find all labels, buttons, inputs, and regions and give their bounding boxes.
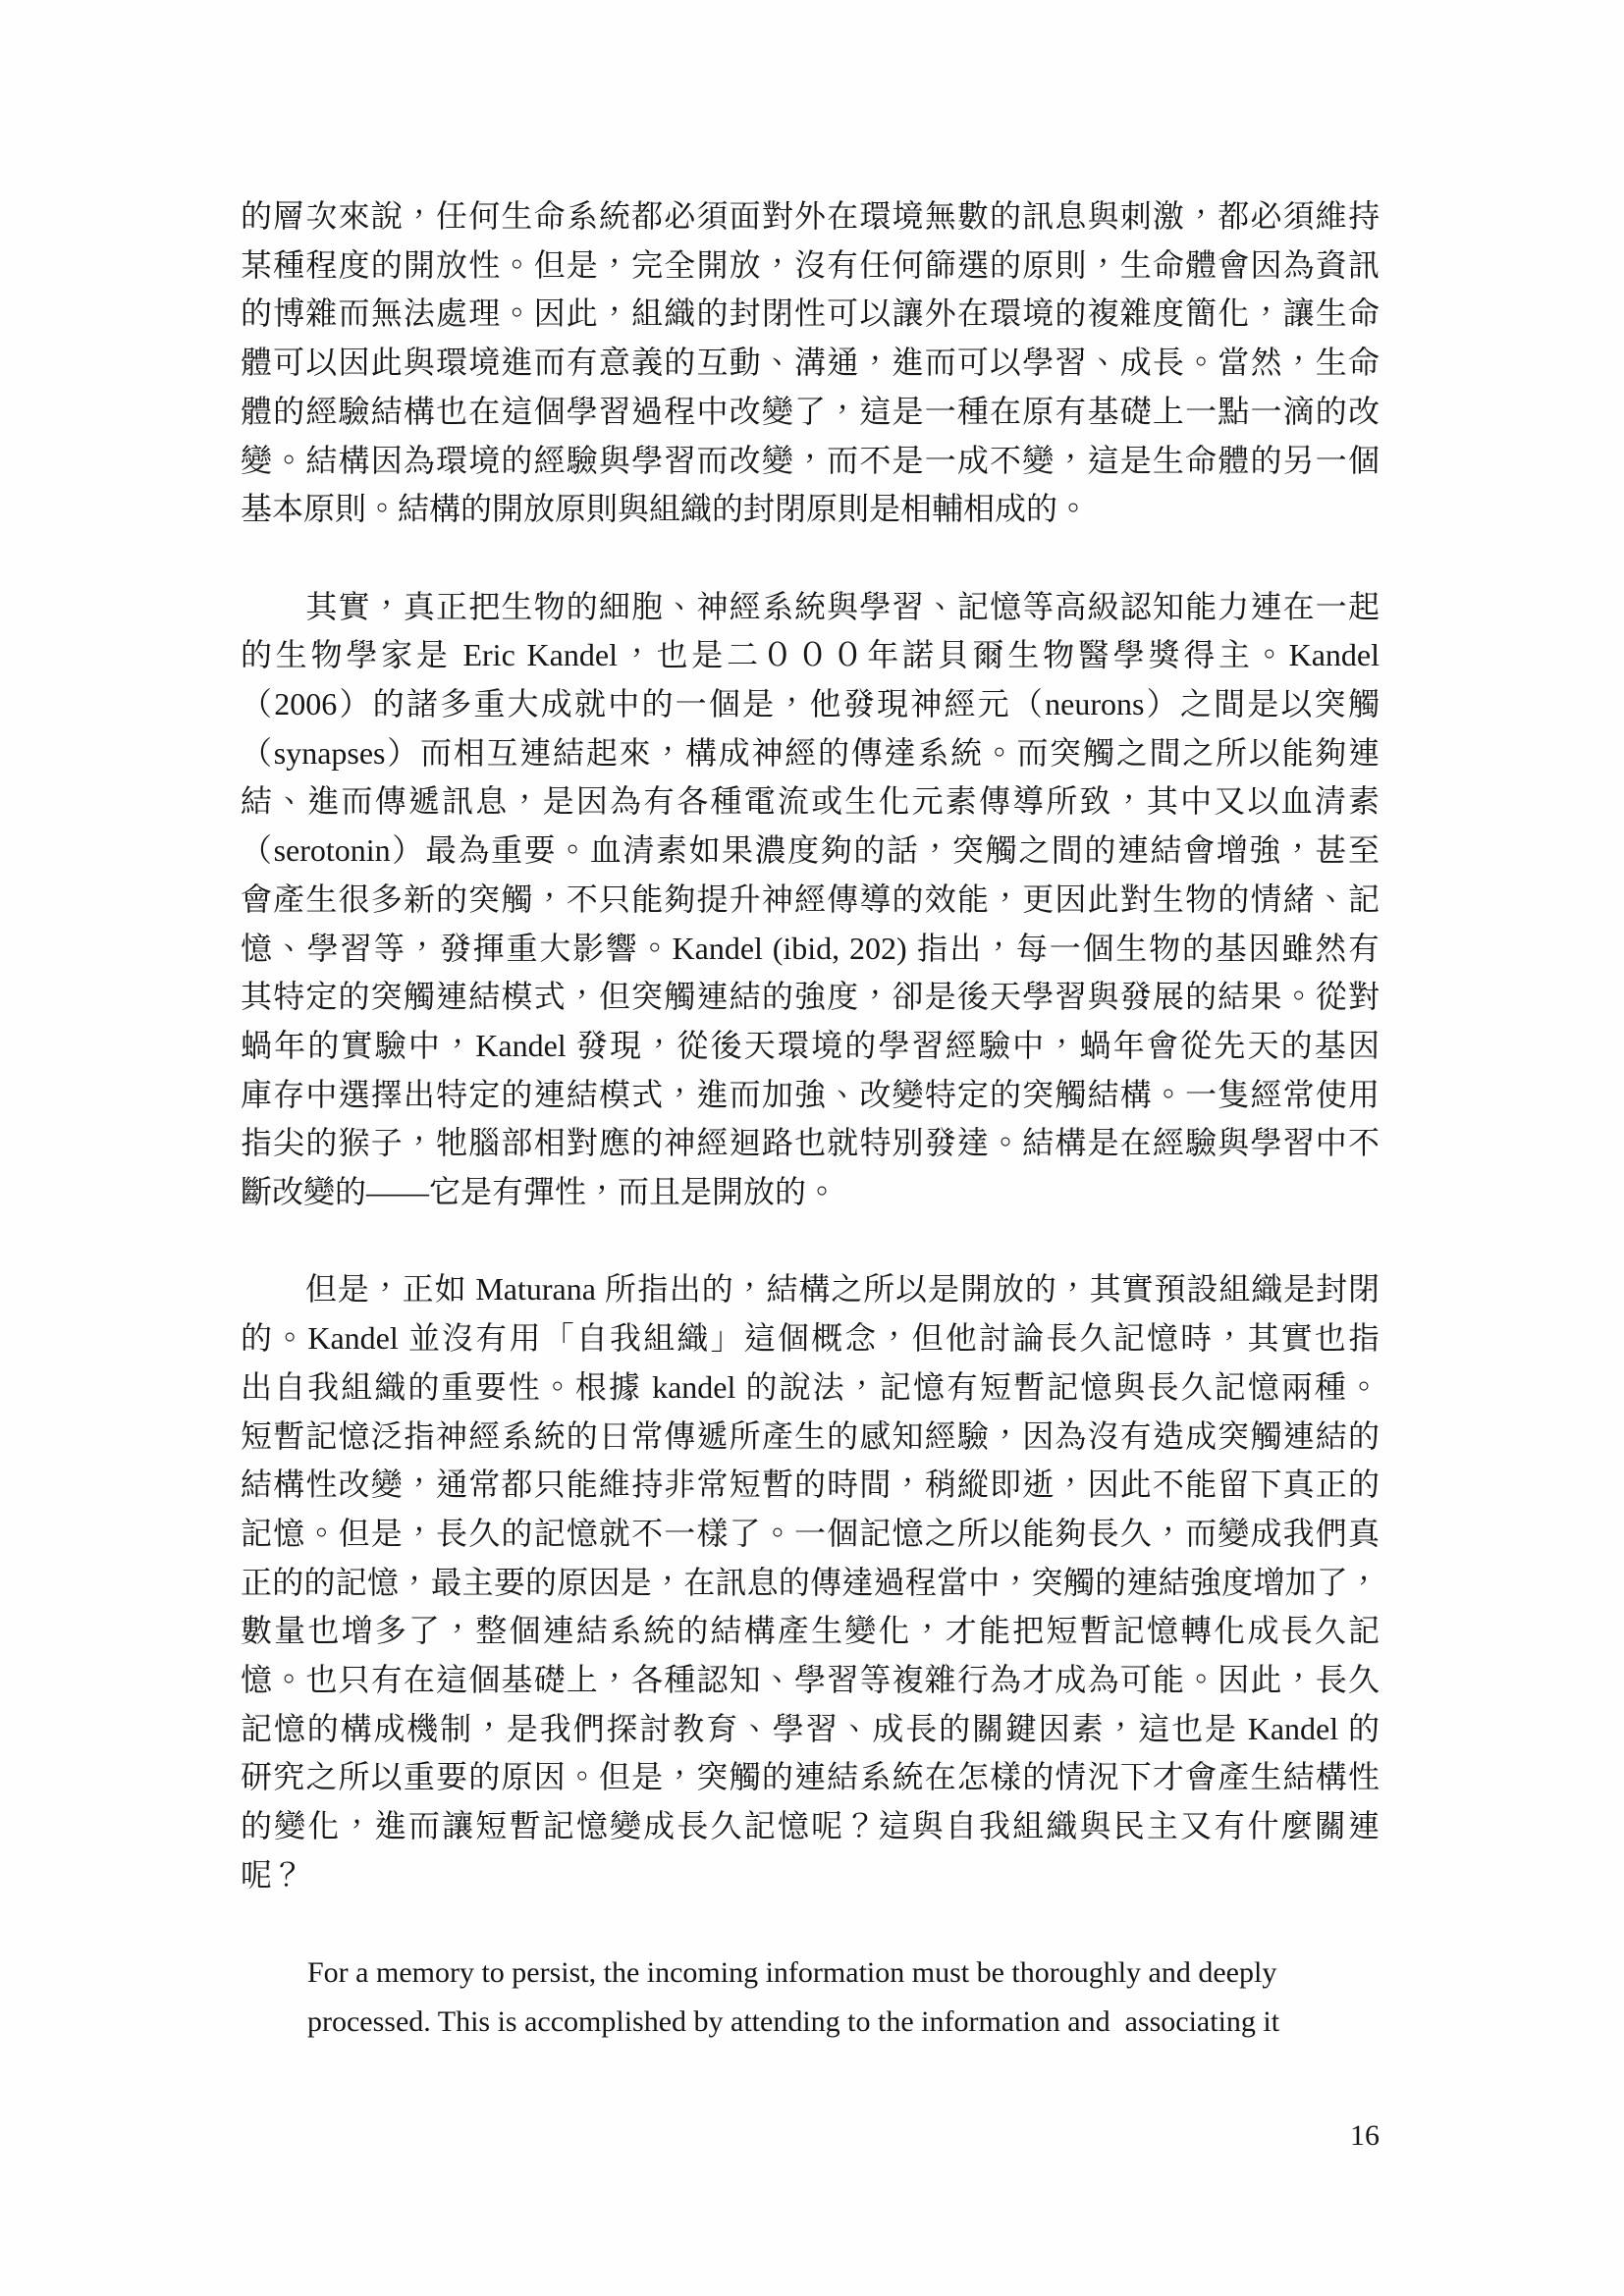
text-line: 基本原則。結構的開放原則與組織的封閉原則是相輔相成的。 (241, 485, 1380, 534)
text-line: 的生物學家是 Eric Kandel，也是二０００年諾貝爾生物醫學獎得主。Kan… (241, 631, 1380, 680)
text-line: （serotonin）最為重要。血清素如果濃度夠的話，突觸之間的連結會增強，甚至 (241, 827, 1380, 876)
body-paragraph: 的層次來說，任何生命系統都必須面對外在環境無數的訊息與刺激，都必須維持某種程度的… (241, 192, 1380, 534)
text-line: 正的的記憶，最主要的原因是，在訊息的傳達過程當中，突觸的連結強度增加了， (241, 1559, 1380, 1608)
text-line: 短暫記憶泛指神經系統的日常傳遞所產生的感知經驗，因為沒有造成突觸連結的 (241, 1413, 1380, 1462)
text-line: For a memory to persist, the incoming in… (307, 1949, 1380, 1998)
text-line: 數量也增多了，整個連結系統的結構產生變化，才能把短暫記憶轉化成長久記 (241, 1607, 1380, 1656)
page-number: 16 (241, 2116, 1380, 2156)
text-line: 憶、學習等，發揮重大影響。Kandel (ibid, 202) 指出，每一個生物… (241, 925, 1380, 974)
text-line: 會產生很多新的突觸，不只能夠提升神經傳導的效能，更因此對生物的情緒、記 (241, 876, 1380, 925)
text-line: processed. This is accomplished by atten… (307, 1998, 1380, 2047)
body-paragraph: 但是，正如 Maturana 所指出的，結構之所以是開放的，其實預設組織是封閉的… (241, 1265, 1380, 1899)
text-line: 指尖的猴子，牠腦部相對應的神經迴路也就特別發達。結構是在經驗與學習中不 (241, 1119, 1380, 1168)
text-line: 斷改變的——它是有彈性，而且是開放的。 (241, 1168, 1380, 1217)
text-line: 其實，真正把生物的細胞、神經系統與學習、記憶等高級認知能力連在一起 (241, 583, 1380, 632)
text-line: 其特定的突觸連結模式，但突觸連結的強度，卻是後天學習與發展的結果。從對 (241, 973, 1380, 1022)
text-line: 出自我組織的重要性。根據 kandel 的說法，記憶有短暫記憶與長久記憶兩種。 (241, 1363, 1380, 1413)
text-line: 體可以因此與環境進而有意義的互動、溝通，進而可以學習、成長。當然，生命 (241, 339, 1380, 388)
text-line: 的博雜而無法處理。因此，組織的封閉性可以讓外在環境的複雜度簡化，讓生命 (241, 290, 1380, 339)
text-line: 蝸年的實驗中，Kandel 發現，從後天環境的學習經驗中，蝸年會從先天的基因 (241, 1022, 1380, 1071)
block-quote: For a memory to persist, the incoming in… (307, 1949, 1380, 2046)
text-line: 憶。也只有在這個基礎上，各種認知、學習等複雜行為才成為可能。因此，長久 (241, 1656, 1380, 1705)
text-line: 的變化，進而讓短暫記憶變成長久記憶呢？這與自我組織與民主又有什麼關連 (241, 1802, 1380, 1851)
text-line: 庫存中選擇出特定的連結模式，進而加強、改變特定的突觸結構。一隻經常使用 (241, 1071, 1380, 1120)
text-line: （synapses）而相互連結起來，構成神經的傳達系統。而突觸之間之所以能夠連 (241, 729, 1380, 778)
text-line: 記憶的構成機制，是我們探討教育、學習、成長的關鍵因素，這也是 Kandel 的 (241, 1705, 1380, 1754)
text-line: 結、進而傳遞訊息，是因為有各種電流或生化元素傳導所致，其中又以血清素 (241, 777, 1380, 827)
text-line: 的。Kandel 並沒有用「自我組織」這個概念，但他討論長久記憶時，其實也指 (241, 1314, 1380, 1363)
text-line: 某種程度的開放性。但是，完全開放，沒有任何篩選的原則，生命體會因為資訊 (241, 241, 1380, 291)
text-line: 呢？ (241, 1851, 1380, 1900)
text-line: 但是，正如 Maturana 所指出的，結構之所以是開放的，其實預設組織是封閉 (241, 1265, 1380, 1314)
page-text: 的層次來說，任何生命系統都必須面對外在環境無數的訊息與刺激，都必須維持某種程度的… (241, 192, 1380, 2047)
text-line: 變。結構因為環境的經驗與學習而改變，而不是一成不變，這是生命體的另一個 (241, 437, 1380, 486)
text-line: 的層次來說，任何生命系統都必須面對外在環境無數的訊息與刺激，都必須維持 (241, 192, 1380, 241)
document-page: 的層次來說，任何生命系統都必須面對外在環境無數的訊息與刺激，都必須維持某種程度的… (0, 0, 1624, 2296)
text-line: 記憶。但是，長久的記憶就不一樣了。一個記憶之所以能夠長久，而變成我們真 (241, 1510, 1380, 1559)
text-line: （2006）的諸多重大成就中的一個是，他發現神經元（neurons）之間是以突觸 (241, 680, 1380, 729)
text-line: 結構性改變，通常都只能維持非常短暫的時間，稍縱即逝，因此不能留下真正的 (241, 1461, 1380, 1510)
text-line: 體的經驗結構也在這個學習過程中改變了，這是一種在原有基礎上一點一滴的改 (241, 388, 1380, 437)
body-paragraph: 其實，真正把生物的細胞、神經系統與學習、記憶等高級認知能力連在一起的生物學家是 … (241, 583, 1380, 1217)
text-line: 研究之所以重要的原因。但是，突觸的連結系統在怎樣的情況下才會產生結構性 (241, 1753, 1380, 1802)
